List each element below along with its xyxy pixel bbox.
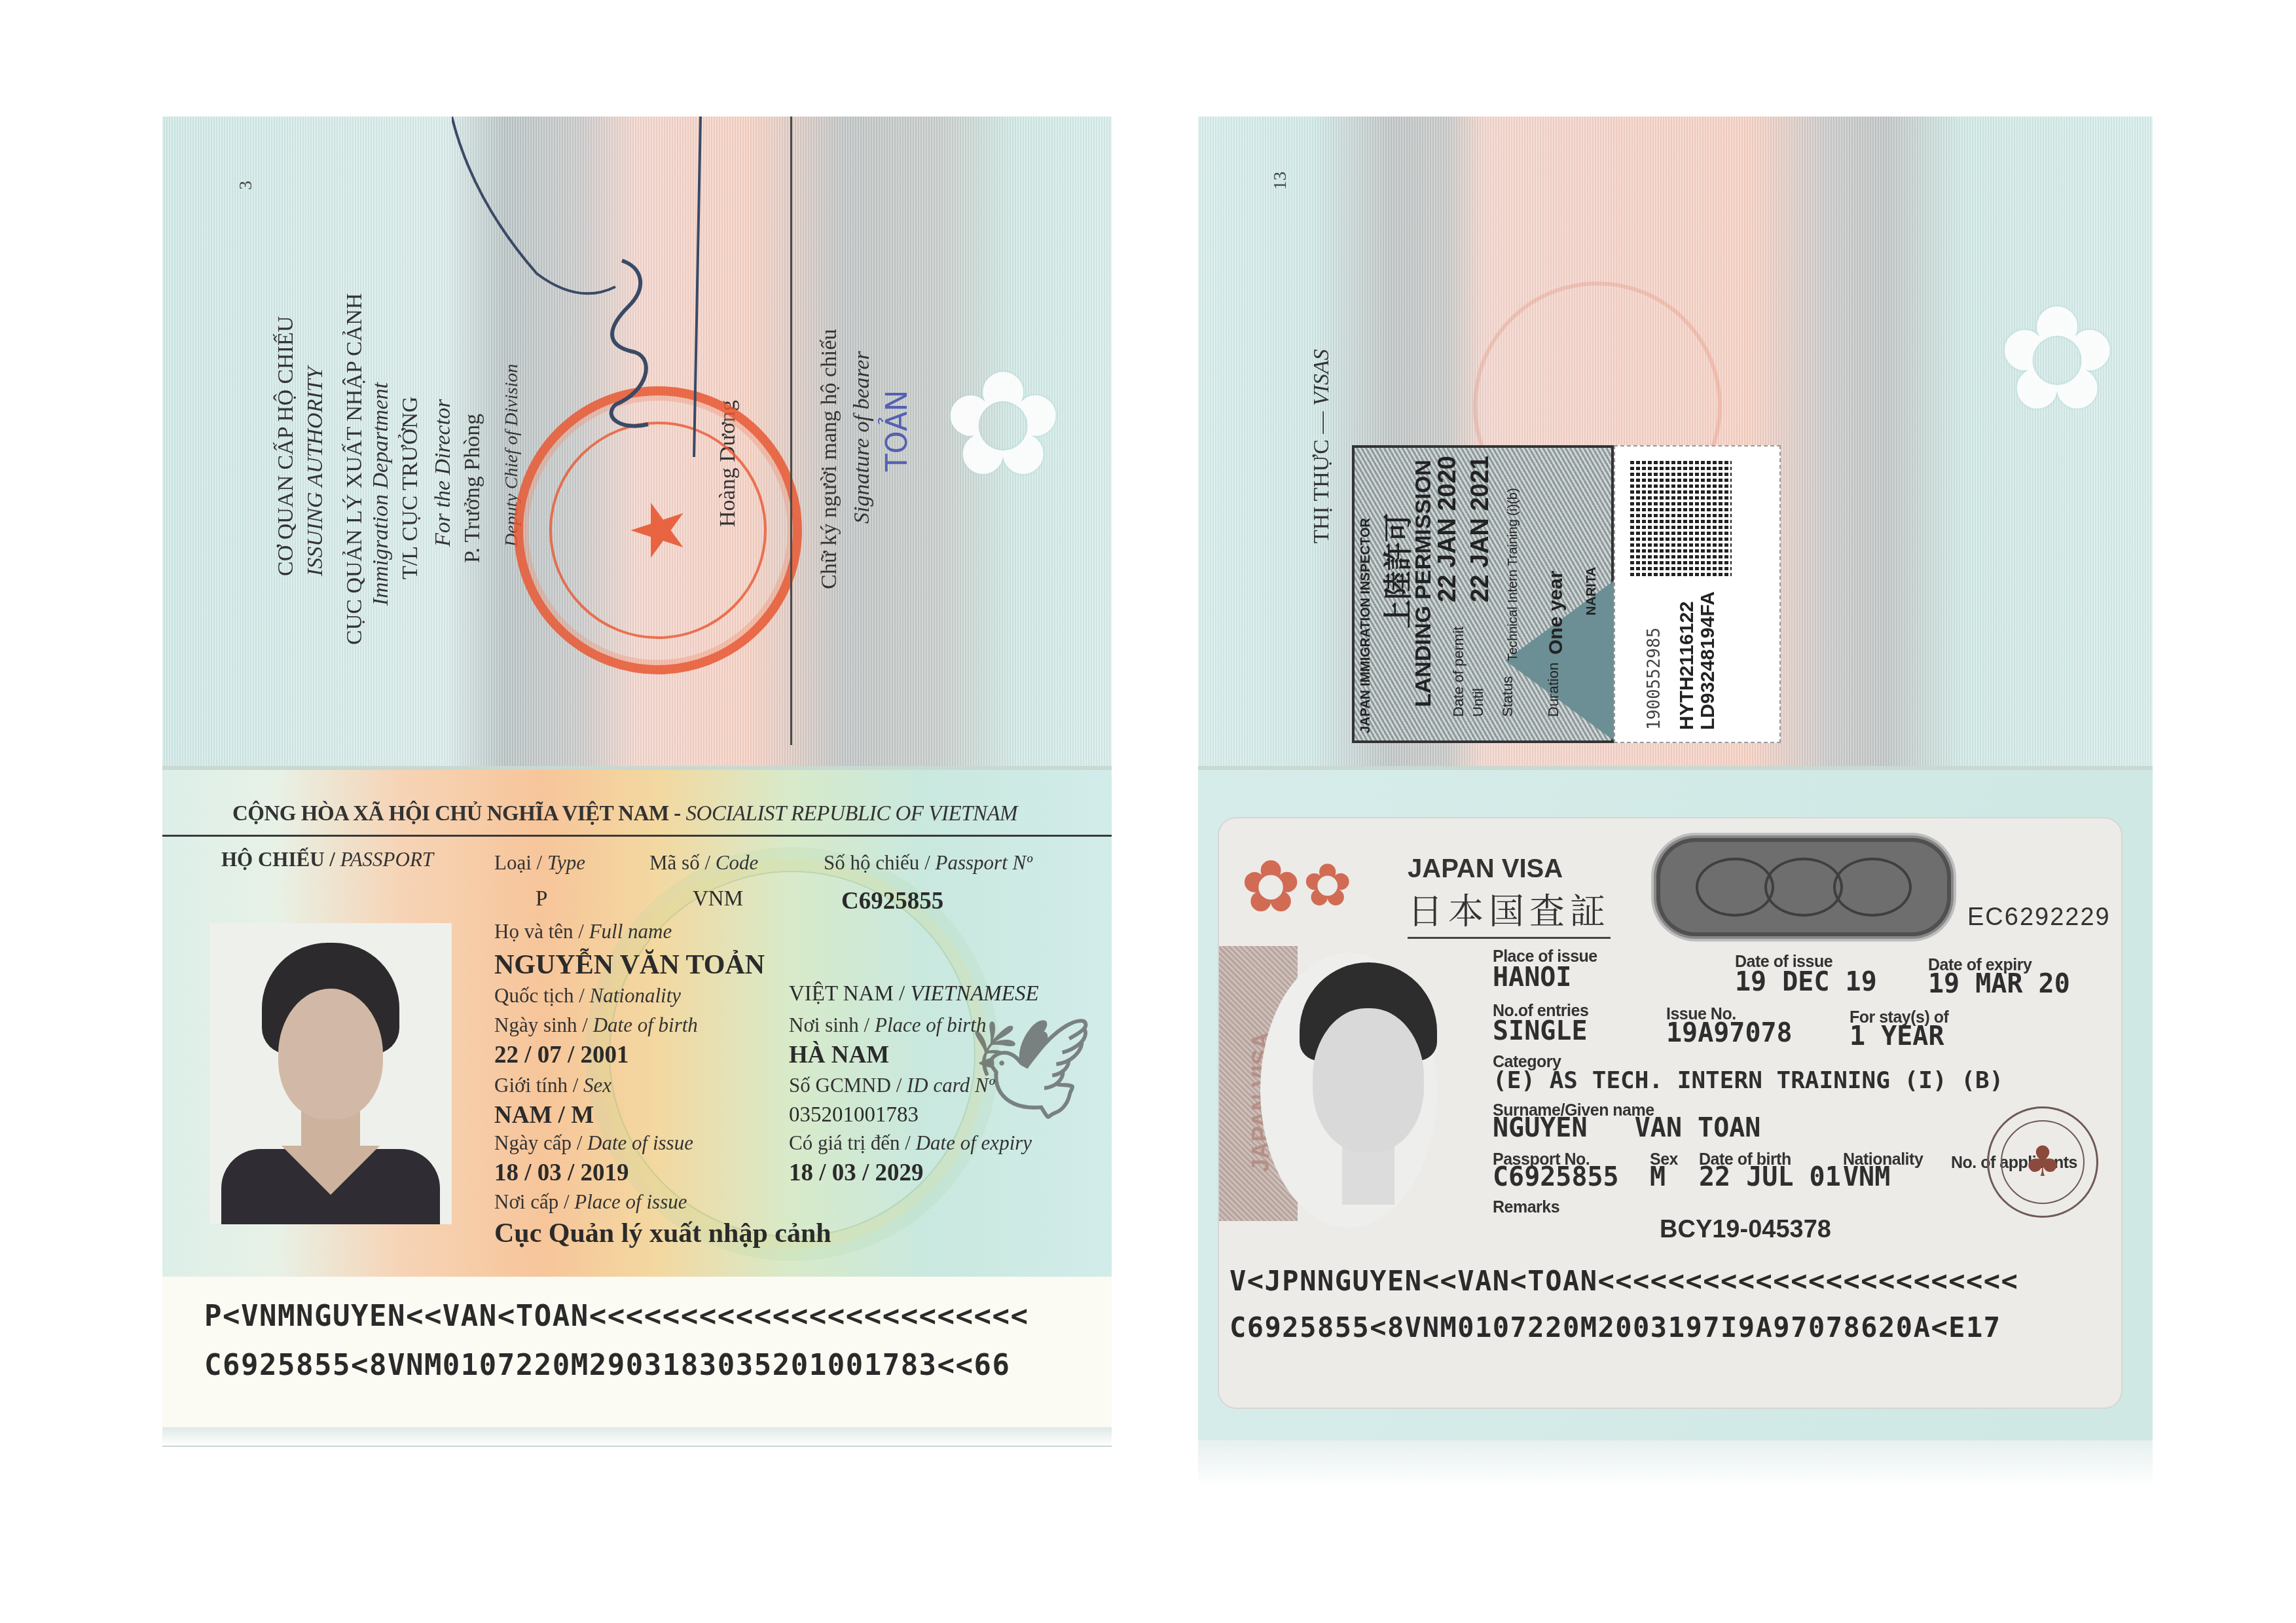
sex-value: NAM / M: [494, 1101, 594, 1129]
visa-name-value: NGUYEN VAN TOAN: [1493, 1113, 1760, 1143]
lotus-motif-icon-right: ✿: [1997, 275, 2117, 443]
visa-stay-value: 1 YEAR: [1850, 1021, 1944, 1051]
photo-collar: [282, 1146, 380, 1195]
photo-face: [278, 989, 383, 1120]
nationality-value-en: VIETNAMESE: [910, 982, 1038, 1006]
header-rule: [162, 835, 1112, 837]
dob-label-en: Date of birth: [593, 1013, 698, 1036]
issuing-authority-label-vi: CƠ QUAN CẤP HỘ CHIẾU: [272, 316, 301, 576]
visa-mrz-line-1: V<JPNNGUYEN<<VAN<TOAN<<<<<<<<<<<<<<<<<<<…: [1230, 1265, 2018, 1297]
issue-date-label: Ngày cấp / Date of issue: [494, 1131, 693, 1155]
visa-dob-value: 22 JUL 01: [1699, 1162, 1841, 1192]
place-of-issue-label: Nơi cấp / Place of issue: [494, 1190, 687, 1214]
doc-title: HỘ CHIẾU / PASSPORT: [221, 848, 433, 871]
type-label: Loại / Type: [494, 851, 585, 875]
bearer-signature: TOẢN: [881, 390, 914, 471]
visa-title-jp: 日本国査証: [1408, 884, 1611, 939]
type-label-en: Type: [547, 851, 585, 874]
bearer-signature-label-vi: Chữ ký người mang hộ chiếu: [815, 329, 844, 589]
place-of-issue-label-en: Place of issue: [574, 1190, 687, 1213]
mofa-seal: ♣: [1987, 1106, 2098, 1218]
visa-mrz-line-2: C6925855<8VNM0107220M2003197I9A97078620A…: [1230, 1311, 2001, 1343]
holder-photo: [210, 923, 452, 1224]
nationality-value: VIỆT NAM / VIETNAMESE: [789, 982, 1039, 1006]
visa-sex-value: M: [1650, 1162, 1666, 1192]
paulownia-crest-icon: ♣: [2024, 1138, 2061, 1186]
duration-label: Duration: [1545, 663, 1562, 717]
id-card-value: 035201001783: [789, 1103, 919, 1127]
nationality-value-vi: VIỆT NAM: [789, 982, 894, 1006]
visa-expiry-date-value: 19 MAR 20: [1928, 969, 2070, 999]
expiry-date-value: 18 / 03 / 2029: [789, 1159, 924, 1187]
visa-reference-no: BCY19-045378: [1660, 1216, 1831, 1244]
code-value: VNM: [693, 887, 743, 911]
type-label-vi: Loại: [494, 851, 532, 874]
passport-mrz-line-2: C6925855<8VNM0107220M2903183035201001783…: [204, 1349, 1011, 1382]
sticker-code-1: HYTH2116122: [1676, 601, 1698, 730]
passport-no-label-vi: Số hộ chiếu: [824, 851, 919, 874]
sex-label-vi: Giới tính: [494, 1074, 568, 1097]
country-header: CỘNG HÒA XÃ HỘI CHỦ NGHĨA VIỆT NAM - SOC…: [232, 802, 1017, 826]
full-name-value: NGUYỄN VĂN TOẢN: [494, 949, 765, 981]
country-header-en: SOCIALIST REPUBLIC OF VIETNAM: [686, 802, 1017, 826]
visa-photo-face: [1313, 1008, 1424, 1152]
visa-entries-value: SINGLE: [1493, 1016, 1588, 1046]
issue-date-value: 18 / 03 / 2019: [494, 1159, 629, 1187]
visa-place-of-issue-value: HANOI: [1493, 962, 1571, 993]
visa-section-title-en: VISAS: [1309, 349, 1334, 406]
hologram-loop: [1764, 858, 1843, 917]
qr-code: [1630, 458, 1732, 576]
code-label-vi: Mã số: [649, 851, 700, 874]
sex-label: Giới tính / Sex: [494, 1074, 611, 1097]
visa-issue-no-value: 19A97078: [1666, 1018, 1793, 1048]
id-card-label-vi: Số GCMND: [789, 1074, 891, 1097]
department-en: Immigration Department: [367, 382, 395, 606]
passport-page-edge: [162, 1427, 1112, 1447]
security-hologram: [1656, 838, 1951, 936]
issue-date-label-en: Date of issue: [587, 1131, 693, 1154]
passport-no-value: C6925855: [841, 887, 943, 915]
stamp-star-icon: ★: [616, 498, 700, 563]
bearer-signature-label-en-text: Signature of bearer: [850, 351, 874, 524]
visa-page-edge: [1198, 1440, 2153, 1486]
visa-section-title-vi: THỊ THỰC: [1309, 439, 1334, 543]
sakura-icon: ✿: [1241, 845, 1301, 928]
header-separator: -: [669, 802, 686, 826]
dove-watermark-icon: 🕊: [969, 1012, 1093, 1127]
pob-label: Nơi sinh / Place of birth: [789, 1013, 986, 1037]
permit-date-value: 22 JAN 2020: [1434, 456, 1462, 602]
until-value: 22 JAN 2021: [1467, 456, 1495, 602]
visa-page-number: 13: [1270, 172, 1291, 190]
nationality-label: Quốc tịch / Nationality: [494, 984, 681, 1008]
full-name-label-en: Full name: [589, 920, 672, 943]
visa-section-title: THỊ THỰC — VISAS: [1309, 349, 1334, 543]
visa-remarks-label: Remarks: [1493, 1198, 1559, 1217]
dob-label-vi: Ngày sinh: [494, 1013, 577, 1036]
doc-title-vi: HỘ CHIẾU: [221, 848, 325, 871]
sticker-code-2: LD93248194FA: [1697, 591, 1719, 730]
place-of-issue-label-vi: Nơi cấp: [494, 1190, 558, 1213]
passport-no-label-en: Passport Nº: [936, 851, 1032, 874]
permit-date-label: Date of permit: [1450, 627, 1467, 717]
pob-label-vi: Nơi sinh: [789, 1013, 859, 1036]
director-signature: [452, 117, 740, 457]
visa-title-en: JAPAN VISA: [1408, 854, 1563, 884]
visa-issue-date-value: 19 DEC 19: [1735, 967, 1877, 997]
passport-no-label: Số hộ chiếu / Passport Nº: [824, 851, 1032, 875]
visa-category-value: (E) AS TECH. INTERN TRAINING (I) (B): [1493, 1067, 2003, 1094]
hologram-loop: [1833, 858, 1912, 917]
sakura-icon-2: ✿: [1303, 851, 1352, 920]
pob-value: HÀ NAM: [789, 1041, 889, 1069]
dob-label: Ngày sinh / Date of birth: [494, 1013, 698, 1037]
expiry-date-label-vi: Có giá trị đến: [789, 1131, 900, 1154]
expiry-date-label: Có giá trị đến / Date of expiry: [789, 1131, 1032, 1155]
full-name-label: Họ và tên / Full name: [494, 920, 672, 943]
status-label: Status: [1499, 676, 1516, 717]
code-label-en: Code: [716, 851, 758, 874]
lotus-motif-icon: ✿: [943, 340, 1063, 508]
visa-nationality-value: VNM: [1843, 1162, 1890, 1192]
landing-sticker-title-en: LANDING PERMISSION: [1411, 460, 1436, 707]
until-label: Until: [1470, 688, 1487, 717]
signature-divider: [790, 117, 792, 745]
nationality-label-vi: Quốc tịch: [494, 984, 574, 1007]
duration-value: One year: [1545, 571, 1567, 655]
sticker-serial: 1900552985: [1645, 627, 1664, 730]
id-card-label: Số GCMND / ID card Nº: [789, 1074, 994, 1097]
for-director-vi: T/L CỤC TRƯỞNG: [396, 396, 425, 579]
bearer-signature-label-en: Signature of bearer: [848, 351, 877, 524]
issue-date-label-vi: Ngày cấp: [494, 1131, 572, 1154]
page-number: 3: [236, 181, 257, 190]
code-label: Mã số / Code: [649, 851, 758, 875]
sex-label-en: Sex: [583, 1074, 611, 1097]
passport-mrz-line-1: P<VNMNGUYEN<<VAN<TOAN<<<<<<<<<<<<<<<<<<<…: [204, 1300, 1029, 1333]
department-en-text: Immigration Department: [369, 382, 393, 606]
full-name-label-vi: Họ và tên: [494, 920, 574, 943]
type-value: P: [536, 887, 547, 911]
status-value: Technical Intern Training (i)(b): [1506, 488, 1521, 661]
landing-sticker-header: JAPAN IMMIGRATION INSPECTOR: [1358, 518, 1374, 733]
department-vi: CỤC QUẢN LÝ XUẤT NHẬP CẢNH: [340, 293, 369, 645]
nationality-label-en: Nationality: [590, 984, 682, 1007]
dob-value: 22 / 07 / 2001: [494, 1041, 629, 1069]
country-header-vi: CỘNG HÒA XÃ HỘI CHỦ NGHĨA VIỆT NAM: [232, 802, 669, 826]
visa-number: EC6292229: [1967, 903, 2111, 932]
visa-passport-no-value: C6925855: [1493, 1162, 1619, 1192]
expiry-date-label-en: Date of expiry: [916, 1131, 1032, 1154]
issuing-authority-label-en: ISSUING AUTHORITY: [301, 367, 330, 576]
id-card-label-en: ID card Nº: [907, 1074, 994, 1097]
issuing-authority-label-en-text: ISSUING AUTHORITY: [303, 367, 327, 576]
place-of-issue-value: Cục Quản lý xuất nhập cảnh: [494, 1218, 831, 1249]
doc-title-en: PASSPORT: [340, 848, 433, 871]
hologram-loop: [1696, 858, 1774, 917]
port-value: NARITA: [1584, 567, 1599, 615]
